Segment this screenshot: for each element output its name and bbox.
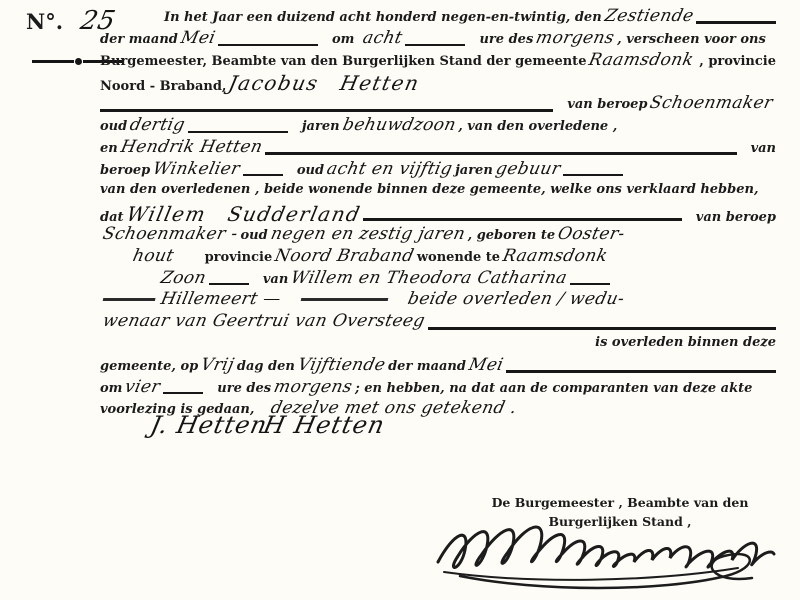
handwritten-death-month: Mei [464,357,508,374]
fill-line [209,283,249,285]
form-line-11: Schoenmaker - oud negen en zestig jaren … [100,226,776,248]
printed-text: der maand [100,32,178,47]
handwritten-relation: behuwdzoon [338,117,460,134]
handwritten-widower-of: wenaar van Geertrui van Oversteeg [98,313,429,330]
fill-line [506,370,776,373]
printed-text: der maand [388,359,466,374]
handwritten-mother-surname: Hillemeert — [156,291,285,308]
act-body: In het Jaar een duizend acht honderd neg… [100,8,776,422]
handwritten-declarant-name: Jacobus Hetten [224,73,425,93]
form-line-7: en Hendrik Hetten van [100,139,776,161]
form-line-12: hout provincie Noord Braband wonende te … [100,248,776,270]
printed-text: van [263,272,288,287]
burgemeester-signature [430,510,780,598]
handwritten-weekday: Vrij [196,357,238,374]
form-line-8: beroep Winkelier oud acht en vijftig jar… [100,161,776,183]
flourish-bar [32,60,74,63]
handwritten-deceased-age: negen en zestig jaren [266,226,470,243]
handwritten-parents-status: beide overleden / wedu- [403,291,629,308]
handwritten-residence: Raamsdonk [498,248,612,265]
handwritten-birthplace-cont: hout [128,248,178,265]
witness-signatures: J. Hetten H Hetten [148,412,388,438]
printed-text: gemeente, op [100,359,198,374]
printed-text: om [332,32,354,47]
handwritten-witness-name: Hendrik Hetten [116,139,267,156]
printed-text: In het Jaar een duizend acht honderd neg… [164,10,602,25]
printed-text: van beroep [567,97,647,112]
printed-text: van den overledenen , beide wonende binn… [100,182,758,197]
printed-text: Burgemeester, Beambte van den Burgerlijk… [100,54,586,69]
printed-text: beroep [100,163,150,178]
form-line-17: gemeente, op Vrij dag den Vijftiende der… [100,357,776,379]
fill-line [188,131,288,133]
form-line-15: wenaar van Geertrui van Oversteeg [100,313,776,335]
fill-line [100,109,553,112]
fill-line [405,44,465,46]
printed-text: , van den overledene , [458,119,617,134]
handwritten-relation-2: gebuur [491,161,565,178]
handwritten-occupation-2: Winkelier [148,161,244,178]
printed-text: provincie [205,250,273,265]
printed-text: Noord - Braband, [100,79,226,94]
printed-text: om [100,381,122,396]
form-line-5: van beroep Schoenmaker [100,95,776,117]
fill-line [363,218,682,221]
form-line-9: van den overledenen , beide wonende binn… [100,182,776,204]
struck-scribble: ——— [98,291,160,308]
form-line-16: is overleden binnen deze [100,335,776,357]
fill-line [218,44,318,46]
handwritten-municipality: Raamsdonk [585,52,699,69]
printed-text: dag den [237,359,295,374]
printed-text: , provincie [699,54,776,69]
handwritten-death-day: Vijftiende [293,357,390,374]
fill-line [428,327,776,330]
printed-text: ure des [217,381,271,396]
handwritten-age: dertig [125,117,189,134]
handwritten-province: Noord Braband [270,248,418,265]
form-line-4: Noord - Braband, Jacobus Hetten [100,73,776,95]
handwritten-deceased-occupation: Schoenmaker - [98,226,242,243]
act-number-label: N°. [26,9,63,34]
printed-text: ; en hebben, na dat aan de comparanten v… [355,381,752,396]
handwritten-death-hour: vier [121,379,165,396]
printed-text: en [100,141,118,156]
struck-scribble: ————— [296,291,393,308]
handwritten-occupation: Schoenmaker [646,95,778,112]
signature-scrawl-icon [430,510,780,594]
fill-line [163,392,203,394]
signature-witness: H Hetten [258,412,390,438]
printed-text: wonende te [417,250,500,265]
printed-text: van beroep [696,210,776,225]
fill-line [563,174,623,176]
form-line-3: Burgemeester, Beambte van den Burgerlijk… [100,52,776,74]
handwritten-parents-names: Willem en Theodora Catharina [286,270,571,287]
form-line-10: dat Willem Sudderland van beroep [100,204,776,226]
fill-line [696,21,776,24]
printed-text: , geboren te [468,228,556,243]
handwritten-month: Mei [176,30,220,47]
form-line-1: In het Jaar een duizend acht honderd neg… [100,8,776,30]
handwritten-deceased-name: Willem Sudderland [121,204,365,224]
handwritten-daypart: morgens [531,30,619,47]
printed-text: oud [297,163,324,178]
handwritten-day: Zestiende [600,8,698,25]
handwritten-birthplace: Ooster- [553,226,629,243]
printed-text: ure des [479,32,533,47]
printed-text: is overleden binnen deze [595,335,776,350]
form-line-6: oud dertig jaren behuwdzoon , van den ov… [100,117,776,139]
fill-line [265,152,737,155]
printed-text: oud [100,119,127,134]
fill-line [243,174,283,176]
form-line-2: der maand Mei om acht ure des morgens , … [100,30,776,52]
printed-text: van [751,141,776,156]
printed-text: , verscheen voor ons [617,32,766,47]
fill-line [570,283,610,285]
signature-declarant: J. Hetten [145,412,273,438]
printed-text: jaren [302,119,340,134]
death-certificate-scan: N°. 25 In het Jaar een duizend acht hond… [0,0,800,600]
handwritten-death-daypart: morgens [269,379,357,396]
handwritten-relation-3: Zoon [156,270,210,287]
form-line-14: ——— Hillemeert — ————— beide overleden /… [100,291,776,313]
flourish-dot [75,58,82,65]
handwritten-age-2: acht en vijftig [322,161,457,178]
printed-text: jaren [455,163,493,178]
handwritten-hour: acht [359,30,408,47]
printed-text: dat [100,210,124,225]
printed-text: oud [240,228,267,243]
